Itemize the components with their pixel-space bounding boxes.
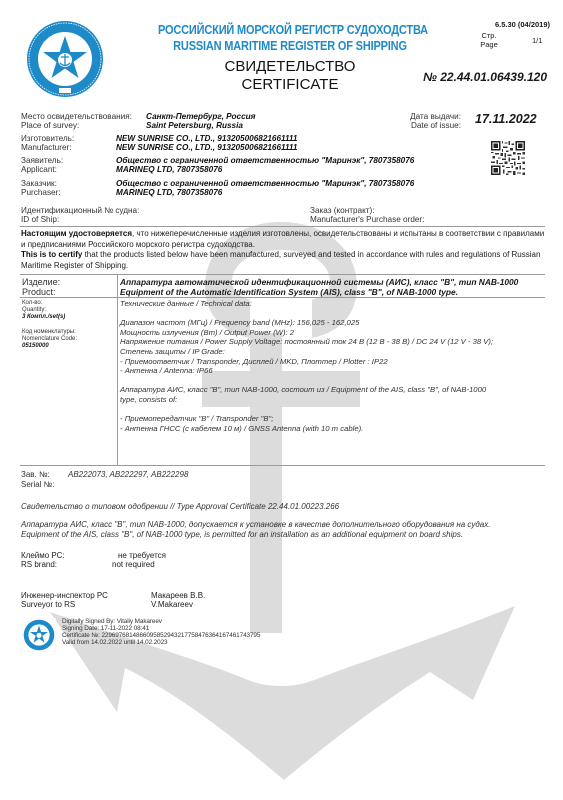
date-of-issue-label-en: Date of issue:	[385, 121, 461, 130]
date-of-issue-label-ru: Дата выдачи:	[385, 112, 461, 121]
nomenclature-value: 05150000	[22, 343, 49, 351]
certify-en-bold: This is to certify	[21, 250, 82, 259]
signature-certificate-number: Certificate №: 2296976814866095852943217…	[62, 632, 260, 639]
technical-data-line: Мощность излучения (Вт) / Output Power (…	[120, 328, 493, 338]
product-value-ru: Аппаратура автоматической идентификацион…	[120, 277, 518, 288]
technical-data-line: Напряжение питания / Power Supply Voltag…	[120, 337, 493, 347]
qr-code-icon	[491, 141, 525, 175]
page-label-ru: Стр.	[474, 31, 504, 40]
applicant-value-en: MARINEQ LTD, 7807358076	[116, 165, 222, 174]
applicant-value-ru: Общество с ограниченной ответственностью…	[116, 156, 414, 165]
applicant-label-en: Applicant:	[21, 165, 57, 174]
certify-ru-bold: Настоящим удостоверяется	[21, 229, 132, 238]
form-code: 6.5.30 (04/2019)	[495, 20, 550, 29]
manufacturer-label-en: Manufacturer:	[21, 143, 72, 152]
technical-data-line: Степень защиты / IP Grade:	[120, 347, 493, 357]
surveyor-name-en: V.Makareev	[151, 600, 193, 609]
signing-date: Signing Date: 17-11-2022 08:41	[62, 625, 149, 632]
rs-brand-label-en: RS brand:	[21, 560, 57, 569]
product-label-en: Product:	[22, 287, 56, 298]
manufacturer-value-ru: NEW SUNRISE CO., LTD., 91320500682166111…	[116, 134, 297, 143]
place-of-survey-value-ru: Санкт-Петербург, Россия	[146, 112, 255, 121]
table-top-rule	[20, 274, 545, 275]
divider	[20, 226, 545, 227]
serial-label-en: Serial №:	[21, 480, 54, 489]
table-column-divider	[117, 274, 118, 465]
technical-data-line	[120, 376, 493, 386]
purchase-order-label-ru: Заказ (контракт):	[310, 206, 375, 215]
serial-label-ru: Зав. №:	[21, 470, 50, 479]
serial-value: AB222073, AB222297, AB222298	[68, 470, 188, 479]
purchase-order-label-en: Manufacturer's Purchase order:	[310, 215, 424, 224]
technical-data-line: Технические данные / Technical data:	[120, 299, 493, 309]
technical-data-line: type, consists of:	[120, 395, 493, 405]
certify-en-text: that the products listed below have been…	[21, 250, 540, 270]
quantity-value: 3 Компл./set(s)	[22, 314, 65, 322]
table-bottom-rule	[20, 465, 545, 466]
surveyor-name-ru: Макареев В.В.	[151, 591, 205, 600]
doc-type-en: CERTIFICATE	[170, 76, 410, 93]
rs-brand-value-en: not required	[112, 560, 155, 569]
place-of-survey-label-ru: Место освидетельствования:	[21, 112, 132, 121]
technical-data-line	[120, 405, 493, 415]
technical-data-line: - Антенна ГНСС (с кабелем 10 м) / GNSS A…	[120, 424, 493, 434]
permission-en: Equipment of the AIS, class "B", of NAB-…	[21, 530, 463, 539]
rs-brand-value-ru: не требуется	[118, 551, 166, 560]
product-value-en: Equipment of the Automatic Identificatio…	[120, 287, 458, 298]
manufacturer-label-ru: Изготовитель:	[21, 134, 74, 143]
purchaser-value-en: MARINEQ LTD, 7807358076	[116, 188, 222, 197]
page-label-en: Page	[474, 40, 504, 49]
technical-data: Технические данные / Technical data:Диап…	[120, 299, 493, 433]
technical-data-line: - Приемопередатчик "В" / Transponder "B"…	[120, 414, 493, 424]
purchaser-value-ru: Общество с ограниченной ответственностью…	[116, 179, 414, 188]
certify-en: This is to certify that the products lis…	[21, 250, 546, 271]
place-of-survey-value-en: Saint Petersburg, Russia	[146, 121, 243, 130]
manufacturer-value-en: NEW SUNRISE CO., LTD., 91320500682166111…	[116, 143, 297, 152]
ship-id-label-en: ID of Ship:	[21, 215, 59, 224]
ship-id-label-ru: Идентификационный № судна:	[21, 206, 139, 215]
technical-data-line: - Антенна / Antenna: IP66	[120, 366, 493, 376]
certificate-page: РОССИЙСКИЙ МОРСКОЙ РЕГИСТР СУДОХОДСТВА R…	[0, 0, 563, 800]
technical-data-line: Диапазон частот (МГц) / Frequency band (…	[120, 318, 493, 328]
signature-validity: Valid from 14.02.2022 until 14.02.2023	[62, 639, 168, 646]
rs-brand-label-ru: Клеймо РС:	[21, 551, 65, 560]
rs-logo-icon	[25, 19, 105, 99]
digital-signature-seal-icon	[22, 618, 56, 652]
org-name-ru: РОССИЙСКИЙ МОРСКОЙ РЕГИСТР СУДОХОДСТВА	[158, 23, 422, 37]
org-name-en: RUSSIAN MARITIME REGISTER OF SHIPPING	[158, 39, 422, 53]
type-approval-certificate: Свидетельство о типовом одобрении // Typ…	[21, 502, 339, 511]
purchaser-label-ru: Заказчик:	[21, 179, 57, 188]
certificate-number: № 22.44.01.06439.120	[423, 70, 547, 84]
technical-data-line: - Приемоответчик / Transponder, Дисплей …	[120, 357, 493, 367]
surveyor-label-en: Surveyor to RS	[21, 600, 75, 609]
permission-ru: Аппаратура АИС, класс "В", тип NAB-1000,…	[21, 520, 490, 529]
purchaser-label-en: Purchaser:	[21, 188, 61, 197]
technical-data-line: Аппаратура АИС, класс "В", тип NAB-1000,…	[120, 385, 493, 395]
doc-type-ru: СВИДЕТЕЛЬСТВО	[170, 58, 410, 75]
technical-data-line	[120, 309, 493, 319]
place-of-survey-label-en: Place of survey:	[21, 121, 79, 130]
page-number: 1/1	[532, 36, 542, 45]
applicant-label-ru: Заявитель:	[21, 156, 63, 165]
surveyor-label-ru: Инженер-инспектор РС	[21, 591, 108, 600]
signed-by: Digitally Signed By: Vitaliy Makareev	[62, 618, 162, 625]
certify-ru: Настоящим удостоверяется, что нижеперечи…	[21, 229, 546, 250]
date-of-issue-value: 17.11.2022	[475, 112, 537, 126]
